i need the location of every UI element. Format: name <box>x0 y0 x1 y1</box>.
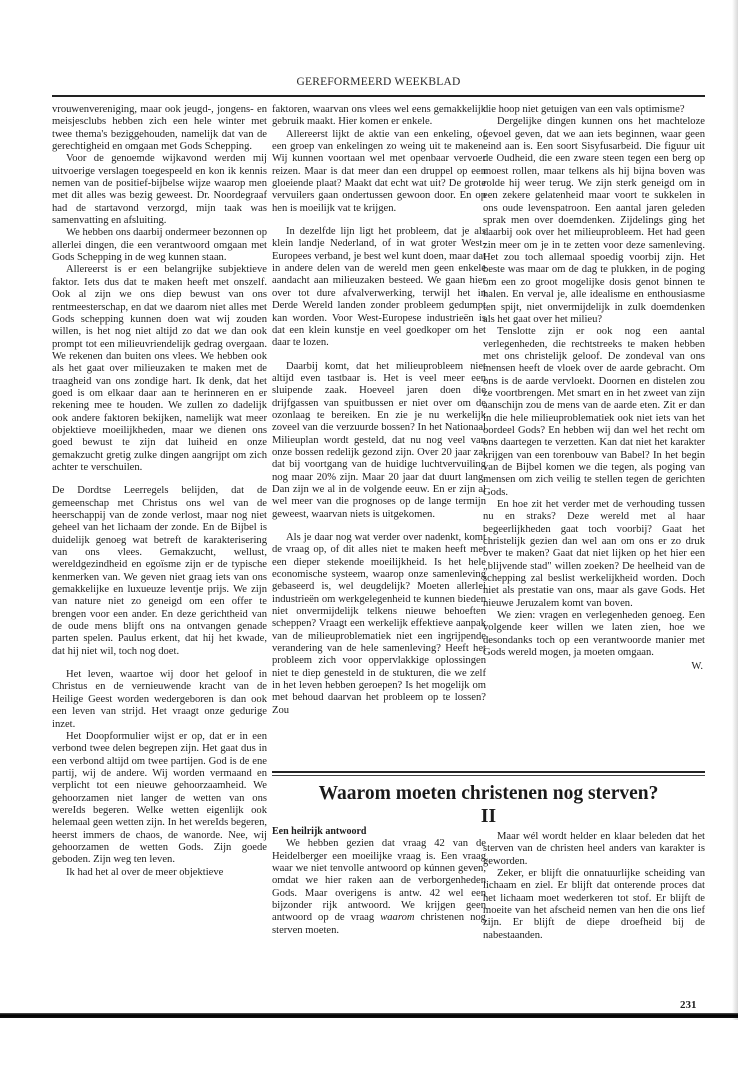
column-3: die hoop niet getuigen van een vals opti… <box>483 104 705 674</box>
author-signature: W. <box>483 661 705 673</box>
article-separator-rule <box>272 771 705 773</box>
scan-bottom-edge <box>0 1013 738 1018</box>
text-run: We hebben gezien dat vraag 42 van de Hei… <box>272 838 486 923</box>
paragraph: Tenslotte zijn er ook nog een aantal ver… <box>483 326 705 499</box>
article-title: Waarom moeten christenen nog sterven? <box>272 783 705 805</box>
scan-edge-shadow <box>732 0 738 1020</box>
paragraph: We hebben gezien dat vraag 42 van de Hei… <box>272 838 486 937</box>
paragraph: Voor de genoemde wijkavond werden mij ui… <box>52 153 267 227</box>
emphasis-text: waarom <box>380 912 414 923</box>
paragraph: vrouwenvereniging, maar ook jeugd-, jong… <box>52 104 267 153</box>
paragraph: Allereerst is er een belangrijke subjekt… <box>52 264 267 474</box>
paragraph: De Dordtse Leerregels belijden, dat de g… <box>52 485 267 658</box>
header-rule <box>52 95 705 97</box>
paragraph: Dergelijke dingen kunnen ons het machtel… <box>483 116 705 326</box>
paragraph: Ik had het al over de meer objektieve <box>52 867 267 879</box>
paragraph: Maar wél wordt helder en klaar beleden d… <box>483 831 705 868</box>
article-column-left: Een heilrijk antwoord We hebben gezien d… <box>272 826 486 937</box>
paragraph: Het leven, waartoe wij door het geloof i… <box>52 669 267 731</box>
article-title-part: II <box>272 806 705 828</box>
paragraph: Allereerst lijkt de aktie van een enkeli… <box>272 129 486 215</box>
paragraph: En hoe zit het verder met de verhouding … <box>483 499 705 610</box>
paragraph: die hoop niet getuigen van een vals opti… <box>483 104 705 116</box>
column-1: vrouwenvereniging, maar ook jeugd-, jong… <box>52 104 267 879</box>
article-separator-rule-thin <box>272 775 705 776</box>
publication-header: GEREFORMEERD WEEKBLAD <box>52 76 705 88</box>
page-number: 231 <box>680 999 697 1011</box>
paragraph: We hebben ons daarbij ondermeer bezonnen… <box>52 227 267 264</box>
paragraph: In dezelfde lijn ligt het probleem, dat … <box>272 226 486 349</box>
paragraph: Zeker, er blijft die onnatuurlijke schei… <box>483 868 705 942</box>
magazine-page: GEREFORMEERD WEEKBLAD vrouwenvereniging,… <box>0 0 738 1068</box>
article-subheading: Een heilrijk antwoord <box>272 826 486 838</box>
paragraph: Als je daar nog wat verder over nadenkt,… <box>272 532 486 717</box>
column-2: faktoren, waarvan ons vlees wel eens gem… <box>272 104 486 717</box>
paragraph: Daarbij komt, dat het milieuprobleem nie… <box>272 361 486 521</box>
paragraph: We zien: vragen en verlegenheden genoeg.… <box>483 610 705 659</box>
article-column-right: Maar wél wordt helder en klaar beleden d… <box>483 831 705 942</box>
paragraph: Het Doopformulier wijst er op, dat er in… <box>52 731 267 867</box>
paragraph: faktoren, waarvan ons vlees wel eens gem… <box>272 104 486 129</box>
